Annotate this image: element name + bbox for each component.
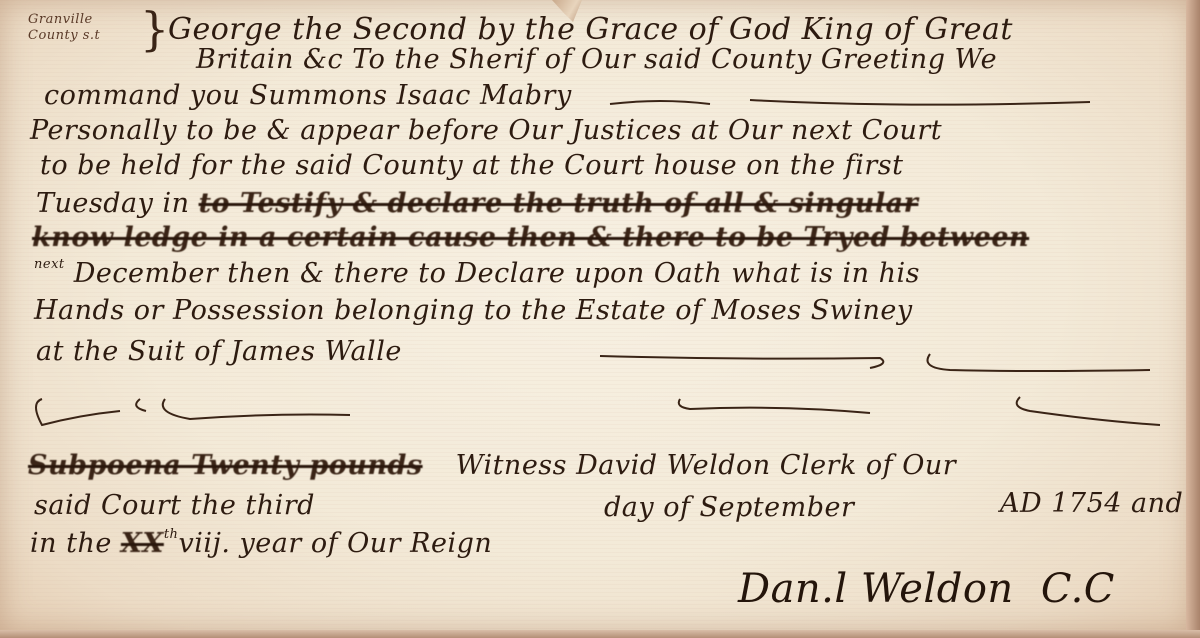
manuscript-page: Granville County s.t } George the Second… xyxy=(0,0,1192,632)
reign-insertion: th xyxy=(164,527,179,542)
reign-text: viij. year of Our Reign xyxy=(178,528,492,559)
line-6-text: Tuesday in xyxy=(36,188,189,219)
margin-county-note: Granville County s.t xyxy=(28,12,100,44)
witness-text: Witness David Weldon Clerk of Our xyxy=(456,450,956,481)
closing-line-2: said Court the third xyxy=(34,490,315,521)
line-1: George the Second by the Grace of God Ki… xyxy=(168,12,1013,47)
signature-name: Dan.l Weldon xyxy=(738,566,1014,612)
line-3: command you Summons Isaac Mabry xyxy=(44,80,572,111)
date-year-text: AD 1754 and xyxy=(1000,488,1183,519)
signature-title: C.C xyxy=(1041,566,1115,612)
reign-prefix: in the xyxy=(30,528,112,559)
margin-note-line1: Granville xyxy=(28,12,100,28)
insertion-mark: next xyxy=(34,257,65,272)
closing-struck-text: Subpoena Twenty pounds xyxy=(28,450,423,481)
section-divider-flourish xyxy=(20,385,1170,435)
line-fill-flourish xyxy=(600,94,1160,114)
line-8-text: December then & there to Declare upon Oa… xyxy=(74,258,920,289)
line-4: Personally to be & appear before Our Jus… xyxy=(30,115,942,146)
paper-edge-bottom xyxy=(0,630,1200,638)
line-6: Tuesday in to Testify & declare the trut… xyxy=(36,188,918,219)
line-end-flourish xyxy=(590,344,1150,374)
closing-line-3: in the XXthviij. year of Our Reign xyxy=(30,528,492,559)
line-2: Britain &c To the Sherif of Our said Cou… xyxy=(196,44,997,75)
line-7-struck: know ledge in a certain cause then & the… xyxy=(32,222,1029,253)
clerk-signature: Dan.l Weldon C.C xyxy=(738,566,1115,612)
paper-edge-right xyxy=(1186,0,1200,638)
reign-struck: XX xyxy=(121,528,164,559)
struck-text: to Testify & declare the truth of all & … xyxy=(199,188,919,219)
brace-mark: } xyxy=(140,2,170,56)
line-10: at the Suit of James Walle xyxy=(36,336,402,367)
closing-line-1: Subpoena Twenty pounds Witness David Wel… xyxy=(28,450,956,481)
margin-note-line2: County s.t xyxy=(28,28,100,44)
date-month-text: day of September xyxy=(604,492,854,523)
date-day-text: said Court the third xyxy=(34,490,315,521)
line-8: next December then & there to Declare up… xyxy=(34,258,920,289)
line-9: Hands or Possession belonging to the Est… xyxy=(34,295,913,326)
line-5: to be held for the said County at the Co… xyxy=(40,150,903,181)
